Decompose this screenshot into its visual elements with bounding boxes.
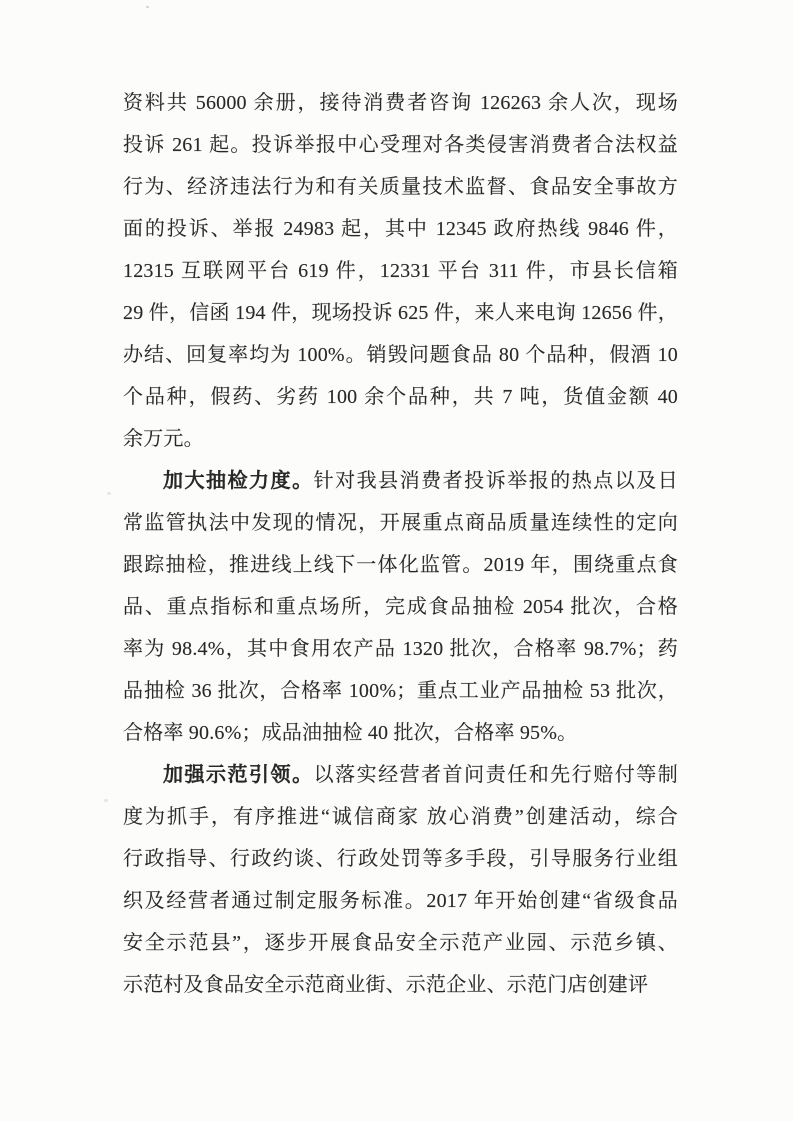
- text-line: 资料共 56000 余册，接待消费者咨询 126263 余人次，现场: [123, 82, 678, 124]
- text-line: 行为、经济违法行为和有关质量技术监督、食品安全事故方: [123, 166, 678, 208]
- text-line: 跟踪抽检，推进线上线下一体化监管。2019 年，围绕重点食: [123, 544, 678, 586]
- text-line: 29 件，信函 194 件，现场投诉 625 件，来人来电询 12656 件，: [123, 292, 678, 334]
- text-line: 个品种，假药、劣药 100 余个品种，共 7 吨，货值金额 40: [123, 376, 678, 418]
- text-line: 行政指导、行政约谈、行政处罚等多手段，引导服务行业组: [123, 838, 678, 880]
- text-line: 织及经营者通过制定服务标准。2017 年开始创建“省级食品: [123, 880, 678, 922]
- text-line: 安全示范县”，逐步开展食品安全示范产业园、示范乡镇、: [123, 922, 678, 964]
- paragraph: 加大抽检力度。针对我县消费者投诉举报的热点以及日 常监管执法中发现的情况，开展重…: [123, 460, 678, 754]
- document-text: 资料共 56000 余册，接待消费者咨询 126263 余人次，现场 投诉 26…: [123, 82, 678, 1006]
- paragraph: 资料共 56000 余册，接待消费者咨询 126263 余人次，现场 投诉 26…: [123, 82, 678, 460]
- text-line: 率为 98.4%，其中食用农产品 1320 批次，合格率 98.7%；药: [123, 628, 678, 670]
- text-line: 加大抽检力度。针对我县消费者投诉举报的热点以及日: [123, 460, 678, 502]
- scan-speck: [146, 6, 149, 8]
- text-line: 品抽检 36 批次，合格率 100%；重点工业产品抽检 53 批次，: [123, 670, 678, 712]
- text-line-continuation: 以落实经营者首问责任和先行赔付等制: [314, 764, 678, 786]
- text-line: 常监管执法中发现的情况，开展重点商品质量连续性的定向: [123, 502, 678, 544]
- text-line: 度为抓手，有序推进“诚信商家 放心消费”创建活动，综合: [123, 796, 678, 838]
- text-line: 办结、回复率均为 100%。销毁问题食品 80 个品种，假酒 10: [123, 334, 678, 376]
- paragraph: 加强示范引领。以落实经营者首问责任和先行赔付等制 度为抓手，有序推进“诚信商家 …: [123, 754, 678, 1006]
- text-line-continuation: 针对我县消费者投诉举报的热点以及日: [314, 470, 678, 492]
- text-line: 面的投诉、举报 24983 起，其中 12345 政府热线 9846 件，: [123, 208, 678, 250]
- scan-speck: [107, 492, 111, 495]
- text-line: 示范村及食品安全示范商业街、示范企业、示范门店创建评: [123, 964, 678, 1006]
- text-line: 加强示范引领。以落实经营者首问责任和先行赔付等制: [123, 754, 678, 796]
- scanned-document-page: 资料共 56000 余册，接待消费者咨询 126263 余人次，现场 投诉 26…: [0, 0, 793, 1121]
- paragraph-lead: 加大抽检力度。: [163, 470, 314, 492]
- text-line: 合格率 90.6%；成品油抽检 40 批次，合格率 95%。: [123, 712, 678, 754]
- paragraph-lead: 加强示范引领。: [163, 764, 314, 786]
- text-line: 投诉 261 起。投诉举报中心受理对各类侵害消费者合法权益: [123, 124, 678, 166]
- text-line: 12315 互联网平台 619 件，12331 平台 311 件，市县长信箱: [123, 250, 678, 292]
- scan-speck: [104, 799, 108, 802]
- text-line: 余万元。: [123, 418, 678, 460]
- text-line: 品、重点指标和重点场所，完成食品抽检 2054 批次，合格: [123, 586, 678, 628]
